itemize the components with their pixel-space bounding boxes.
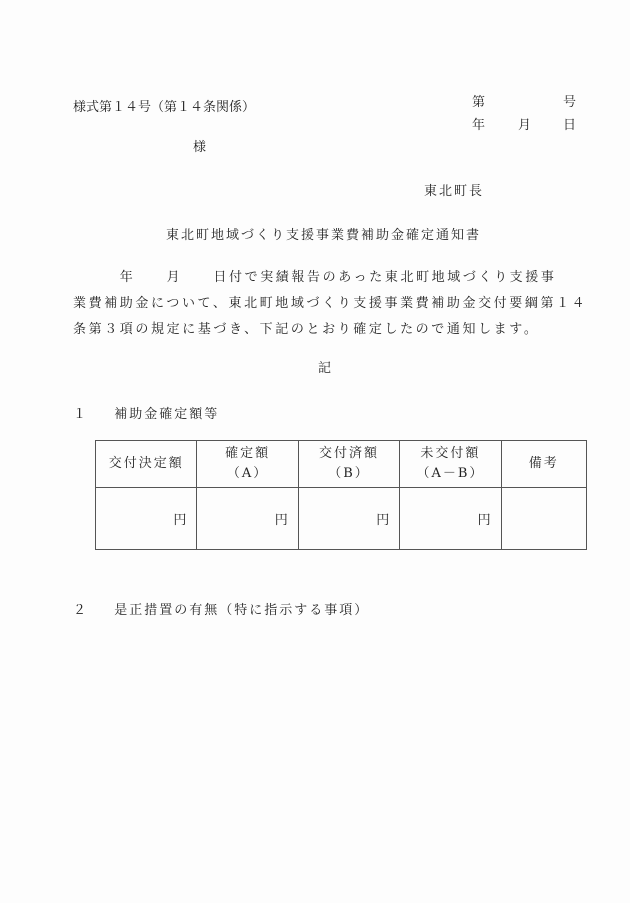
section-title: 是正措置の有無（特に指示する事項） [114, 603, 369, 618]
cell-confirmed-amount: 円 [197, 488, 298, 550]
header-decided-amount: 交付決定額 [96, 441, 197, 488]
section-1-heading: １ 補助金確定額等 [73, 403, 219, 422]
cell-unpaid-amount: 円 [400, 488, 501, 550]
date-month: 月 [518, 114, 531, 133]
header-remarks: 備考 [501, 441, 586, 488]
table-header-row: 交付決定額 確定額 （A） 交付済額 （B） 未交付額 （A－B） 備考 [96, 441, 587, 488]
ref-prefix: 第 [472, 95, 485, 110]
addressee: 様 [193, 136, 206, 155]
body-line: 条第３項の規定に基づき、下記のとおり確定したので通知します。 [73, 317, 588, 343]
document-title: 東北町地域づくり支援事業費補助金確定通知書 [166, 224, 481, 243]
body-line: 業費補助金について、東北町地域づくり支援事業費補助金交付要綱第１４ [73, 291, 588, 317]
date-day: 日 [563, 114, 576, 133]
table-row: 円 円 円 円 [96, 488, 587, 550]
section-number: ２ [73, 603, 88, 618]
header-paid-amount: 交付済額 （B） [298, 441, 399, 488]
amount-table: 交付決定額 確定額 （A） 交付済額 （B） 未交付額 （A－B） 備考 円 円… [95, 440, 587, 550]
header-unpaid-amount: 未交付額 （A－B） [400, 441, 501, 488]
section-title: 補助金確定額等 [114, 407, 219, 422]
body-line: 年 月 日付で実績報告のあった東北町地域づくり支援事 [73, 265, 588, 291]
body-paragraph: 年 月 日付で実績報告のあった東北町地域づくり支援事 業費補助金について、東北町… [73, 265, 588, 343]
date-year: 年 [472, 114, 485, 133]
ref-suffix: 号 [563, 91, 576, 110]
cell-paid-amount: 円 [298, 488, 399, 550]
cell-remarks [501, 488, 586, 550]
issuer: 東北町長 [424, 180, 484, 199]
reference-number: 第 号 [472, 91, 576, 110]
header-confirmed-amount: 確定額 （A） [197, 441, 298, 488]
form-number: 様式第１４号（第１４条関係） [73, 96, 255, 115]
cell-decided-amount: 円 [96, 488, 197, 550]
ki-heading: 記 [318, 357, 331, 376]
section-2-heading: ２ 是正措置の有無（特に指示する事項） [73, 599, 369, 618]
section-number: １ [73, 407, 88, 422]
